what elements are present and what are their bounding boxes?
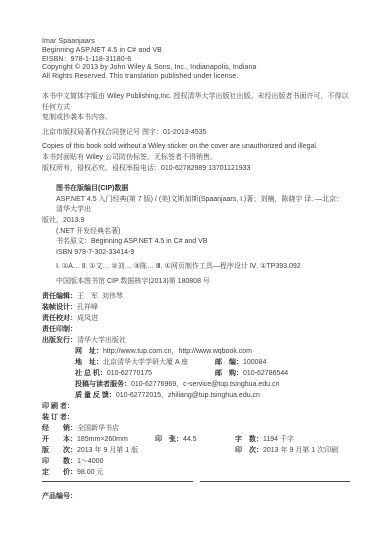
- switchboard-cell: 社 总 机： 010-62770175: [75, 368, 215, 379]
- print-run-row: 印 数： 1～4000: [42, 456, 350, 467]
- divider-segment-right: [200, 481, 351, 482]
- word-count-value: 1194 千字: [263, 434, 294, 445]
- sheets-cell: 印 张： 44.5: [155, 434, 235, 445]
- staff-section: 责任编辑： 王 军 刘伟琴 装帧设计： 孔祥峰 责任校对： 成凤进 责任印制：: [42, 291, 350, 335]
- cip-section: 图书在版编目(CIP)数据 ASP.NET 4.5 入门经典(第 7 版) / …: [42, 184, 350, 287]
- printer-row: 印 刷 者：: [42, 401, 350, 412]
- price-value: 98.00 元: [77, 467, 103, 478]
- product-number-row: 产品编号：: [42, 491, 350, 502]
- word-count-label: 字 数：: [235, 434, 263, 445]
- original-book-title: Beginning ASP.NET 4.5 in C# and VB: [42, 47, 350, 56]
- staff-row-designer: 装帧设计： 孔祥峰: [42, 302, 350, 313]
- license-paragraph-line2: 复制或抄袭本书内容。: [42, 113, 350, 124]
- publisher-contact-details: 网 址： http://www.tup.com.cn，http://www.wq…: [42, 346, 350, 401]
- switchboard-label: 社 总 机：: [75, 368, 107, 379]
- proofreader-name: 成凤进: [77, 313, 98, 324]
- staff-row-proofreader: 责任校对： 成凤进: [42, 313, 350, 324]
- quality-feedback-label: 质 量 反 馈：: [75, 390, 116, 401]
- website-row: 网 址： http://www.tup.com.cn，http://www.wq…: [75, 346, 350, 357]
- wiley-sticker-chinese-notice: 本书封面贴有 Wiley 公司防伪标签，无标签者不得销售。: [42, 153, 350, 164]
- copyright-registration-number: 北京市版权局著作权合同登记号 图字：01-2013-4535: [42, 128, 350, 139]
- publisher-section: 出版发行： 清华大学出版社 网 址： http://www.tup.com.cn…: [42, 335, 350, 401]
- copyright-line: Copyright © 2013 by John Wiley & Sons, I…: [42, 64, 350, 73]
- postcode-cell: 邮 编： 100084: [215, 357, 266, 368]
- format-row: 开 本： 185mm×260mm 印 张： 44.5 字 数： 1194 千字: [42, 434, 350, 445]
- divider-rule: [42, 481, 350, 482]
- english-header: Imar Spaanjaars Beginning ASP.NET 4.5 in…: [42, 38, 350, 82]
- license-paragraph-line1: 本书中文简体字版由 Wiley Publishing,Inc. 授权清华大学出版…: [42, 92, 350, 113]
- cip-record-number: 中国版本图书馆 CIP 数据核字(2013)第 180808 号: [42, 277, 350, 288]
- address-value: 北京清华大学学研大厦 A 座: [103, 357, 188, 368]
- impression-label: 印 次：: [235, 445, 263, 456]
- price-row: 定 价： 98.00 元: [42, 467, 350, 478]
- binder-row: 装 订 者：: [42, 412, 350, 423]
- staff-row-print-supervisor: 责任印制：: [42, 324, 350, 335]
- print-supervisor-label: 责任印制：: [42, 324, 77, 335]
- format-cell: 开 本： 185mm×260mm: [42, 434, 155, 445]
- switchboard-number: 010-62770175: [107, 368, 152, 379]
- wiley-sticker-english-notice: Copies of this book sold without a Wiley…: [42, 142, 350, 153]
- mail-order-number: 010-62786544: [243, 368, 288, 379]
- book-copyright-page: Imar Spaanjaars Beginning ASP.NET 4.5 in…: [0, 0, 390, 546]
- publisher-label: 出版发行：: [42, 335, 77, 346]
- edition-row: 版 次： 2013 年 9 月第 1 版 印 次： 2013 年 9 月第 1 …: [42, 445, 350, 456]
- print-run-label: 印 数：: [42, 456, 77, 467]
- publisher-name: 清华大学出版社: [77, 335, 126, 346]
- printing-section: 印 刷 者： 装 订 者： 经 销： 全国新华书店 开 本： 185mm×260…: [42, 401, 350, 478]
- reader-service-row: 投稿与读者服务： 010-62776969，c-service@tup.tsin…: [75, 379, 350, 390]
- postcode-value: 100084: [243, 357, 266, 368]
- address-cell: 地 址： 北京清华大学学研大厦 A 座: [75, 357, 215, 368]
- license-section: 本书中文简体字版由 Wiley Publishing,Inc. 授权清华大学出版…: [42, 92, 350, 174]
- mail-order-cell: 邮 购： 010-62786544: [215, 368, 288, 379]
- format-label: 开 本：: [42, 434, 77, 445]
- quality-feedback-row: 质 量 反 馈： 010-62772015，zhiliang@tup.tsing…: [75, 390, 350, 401]
- distribution-row: 经 销： 全国新华书店: [42, 423, 350, 434]
- switchboard-row: 社 总 机： 010-62770175 邮 购： 010-62786544: [75, 368, 350, 379]
- publisher-row: 出版发行： 清华大学出版社: [42, 335, 350, 346]
- binder-label: 装 订 者：: [42, 412, 74, 423]
- editor-label: 责任编辑：: [42, 291, 77, 302]
- address-row: 地 址： 北京清华大学学研大厦 A 座 邮 编： 100084: [75, 357, 350, 368]
- cip-original-title: 书名原文：Beginning ASP.NET 4.5 in C# and VB: [42, 237, 350, 248]
- format-value: 185mm×260mm: [77, 434, 128, 445]
- price-label: 定 价：: [42, 467, 77, 478]
- postcode-label: 邮 编：: [215, 357, 243, 368]
- edition-cell: 版 次： 2013 年 9 月第 1 版: [42, 445, 235, 456]
- author-name: Imar Spaanjaars: [42, 38, 350, 47]
- website-label: 网 址：: [75, 346, 103, 357]
- address-label: 地 址：: [75, 357, 103, 368]
- designer-label: 装帧设计：: [42, 302, 77, 313]
- cip-isbn: ISBN 978-7-302-33414-9: [42, 248, 350, 259]
- divider-segment-left: [42, 481, 193, 482]
- cip-description-line1: ASP.NET 4.5 入门经典(第 7 版) / (美)文斯加斯(Spaanj…: [42, 195, 350, 216]
- impression-value: 2013 年 9 月第 1 次印刷: [263, 445, 338, 456]
- quality-feedback-contact: 010-62772015，zhiliang@tup.tsinghua.edu.c…: [116, 390, 260, 401]
- cip-description-line2: 版社，2013.9: [42, 216, 350, 227]
- rights-reserved-line: All Rights Reserved. This translation pu…: [42, 73, 350, 82]
- cip-classification: Ⅰ. ①A… Ⅱ. ①文… ②刘… ③陈… Ⅲ. ①网页制作工具—程序设计 Ⅳ.…: [42, 262, 350, 273]
- reader-service-label: 投稿与读者服务：: [75, 379, 131, 390]
- printer-label: 印 刷 者：: [42, 401, 74, 412]
- word-count-cell: 字 数： 1194 千字: [235, 434, 294, 445]
- sheets-label: 印 张：: [155, 434, 183, 445]
- website-urls: http://www.tup.com.cn，http://www.wqbook.…: [103, 346, 252, 357]
- cip-title: 图书在版编目(CIP)数据: [42, 184, 350, 195]
- staff-row-editor: 责任编辑： 王 军 刘伟琴: [42, 291, 350, 302]
- product-number-label: 产品编号：: [42, 491, 77, 502]
- impression-cell: 印 次： 2013 年 9 月第 1 次印刷: [235, 445, 338, 456]
- proofreader-label: 责任校对：: [42, 313, 77, 324]
- edition-label: 版 次：: [42, 445, 77, 456]
- distribution-value: 全国新华书店: [77, 423, 119, 434]
- editor-names: 王 军 刘伟琴: [77, 291, 123, 302]
- designer-name: 孔祥峰: [77, 302, 98, 313]
- cip-series-title: (.NET 开发经典名著): [42, 227, 350, 238]
- infringement-hotline-notice: 版权所有，侵权必究。侵权举报电话：010-62782989 1370112193…: [42, 164, 350, 175]
- print-run-value: 1～4000: [77, 456, 103, 467]
- sheets-value: 44.5: [183, 434, 197, 445]
- distribution-label: 经 销：: [42, 423, 77, 434]
- edition-value: 2013 年 9 月第 1 版: [77, 445, 138, 456]
- reader-service-contact: 010-62776969，c-service@tup.tsinghua.edu.…: [131, 379, 279, 390]
- mail-order-label: 邮 购：: [215, 368, 243, 379]
